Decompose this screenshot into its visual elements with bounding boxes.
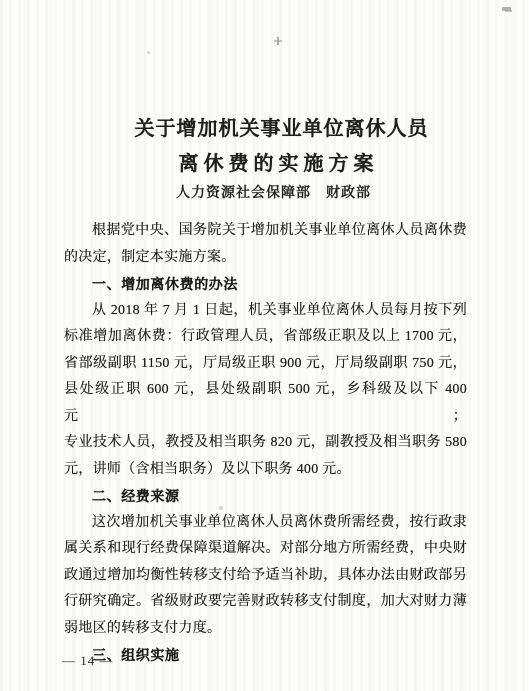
paragraph-line: 这次增加机关事业单位离休人员离休费所需经费，按行政隶 [64, 510, 467, 537]
paragraph-line: 元，讲师（含相当职务）及以下职务 400 元。 [64, 457, 467, 484]
document-body: 根据党中央、国务院关于增加机关事业单位离休人员离休费 的决定，制定本实施方案。 … [64, 218, 467, 669]
paragraph-line: 标准增加离休费：行政管理人员，省部级正职及以上 1700 元， [64, 324, 467, 351]
section-heading-1: 一、增加离休费的办法 [64, 271, 467, 298]
scan-speck [274, 40, 282, 42]
paragraph-line: 专业技术人员，教授及相当职务 820 元，副教授及相当职务 580 [64, 430, 467, 457]
scanned-document-page: 关于增加机关事业单位离休人员 离休费的实施方案 人力资源社会保障部 财政部 根据… [0, 0, 529, 691]
paragraph-line: 属关系和现行经费保障渠道解决。对部分地方所需经费，中央财 [64, 536, 467, 563]
paragraph-line: 弱地区的转移支付力度。 [64, 616, 467, 643]
paragraph-line: 政通过增加均衡性转移支付给予适当补助，具体办法由财政部另 [64, 563, 467, 590]
page-number: — 14 — [62, 653, 114, 669]
paragraph-line: 行研究确定。省级财政要完善财政转移支付制度，加大对财力薄 [64, 589, 467, 616]
paragraph-line: 县处级正职 600 元，县处级副职 500 元，乡科级及以下 400 元； [64, 377, 467, 430]
document-title-line-1: 关于增加机关事业单位离休人员 [17, 112, 529, 141]
section-heading-2: 二、经费来源 [64, 483, 467, 510]
paragraph-line: 省部级副职 1150 元，厅局级正职 900 元，厅局级副职 750 元， [64, 351, 467, 378]
document-title-line-2: 离休费的实施方案 [14, 147, 529, 176]
paragraph-line: 的决定，制定本实施方案。 [64, 245, 467, 272]
scan-speck [277, 37, 279, 45]
section-heading-3: 三、组织实施 [64, 642, 467, 669]
paragraph-line: 从 2018 年 7 月 1 日起，机关事业单位离休人员每月按下列 [64, 298, 467, 325]
issuing-agencies: 人力资源社会保障部 财政部 [9, 182, 529, 202]
scan-speck [502, 7, 511, 11]
paragraph-line: 根据党中央、国务院关于增加机关事业单位离休人员离休费 [64, 218, 467, 245]
scan-speck [147, 51, 150, 54]
